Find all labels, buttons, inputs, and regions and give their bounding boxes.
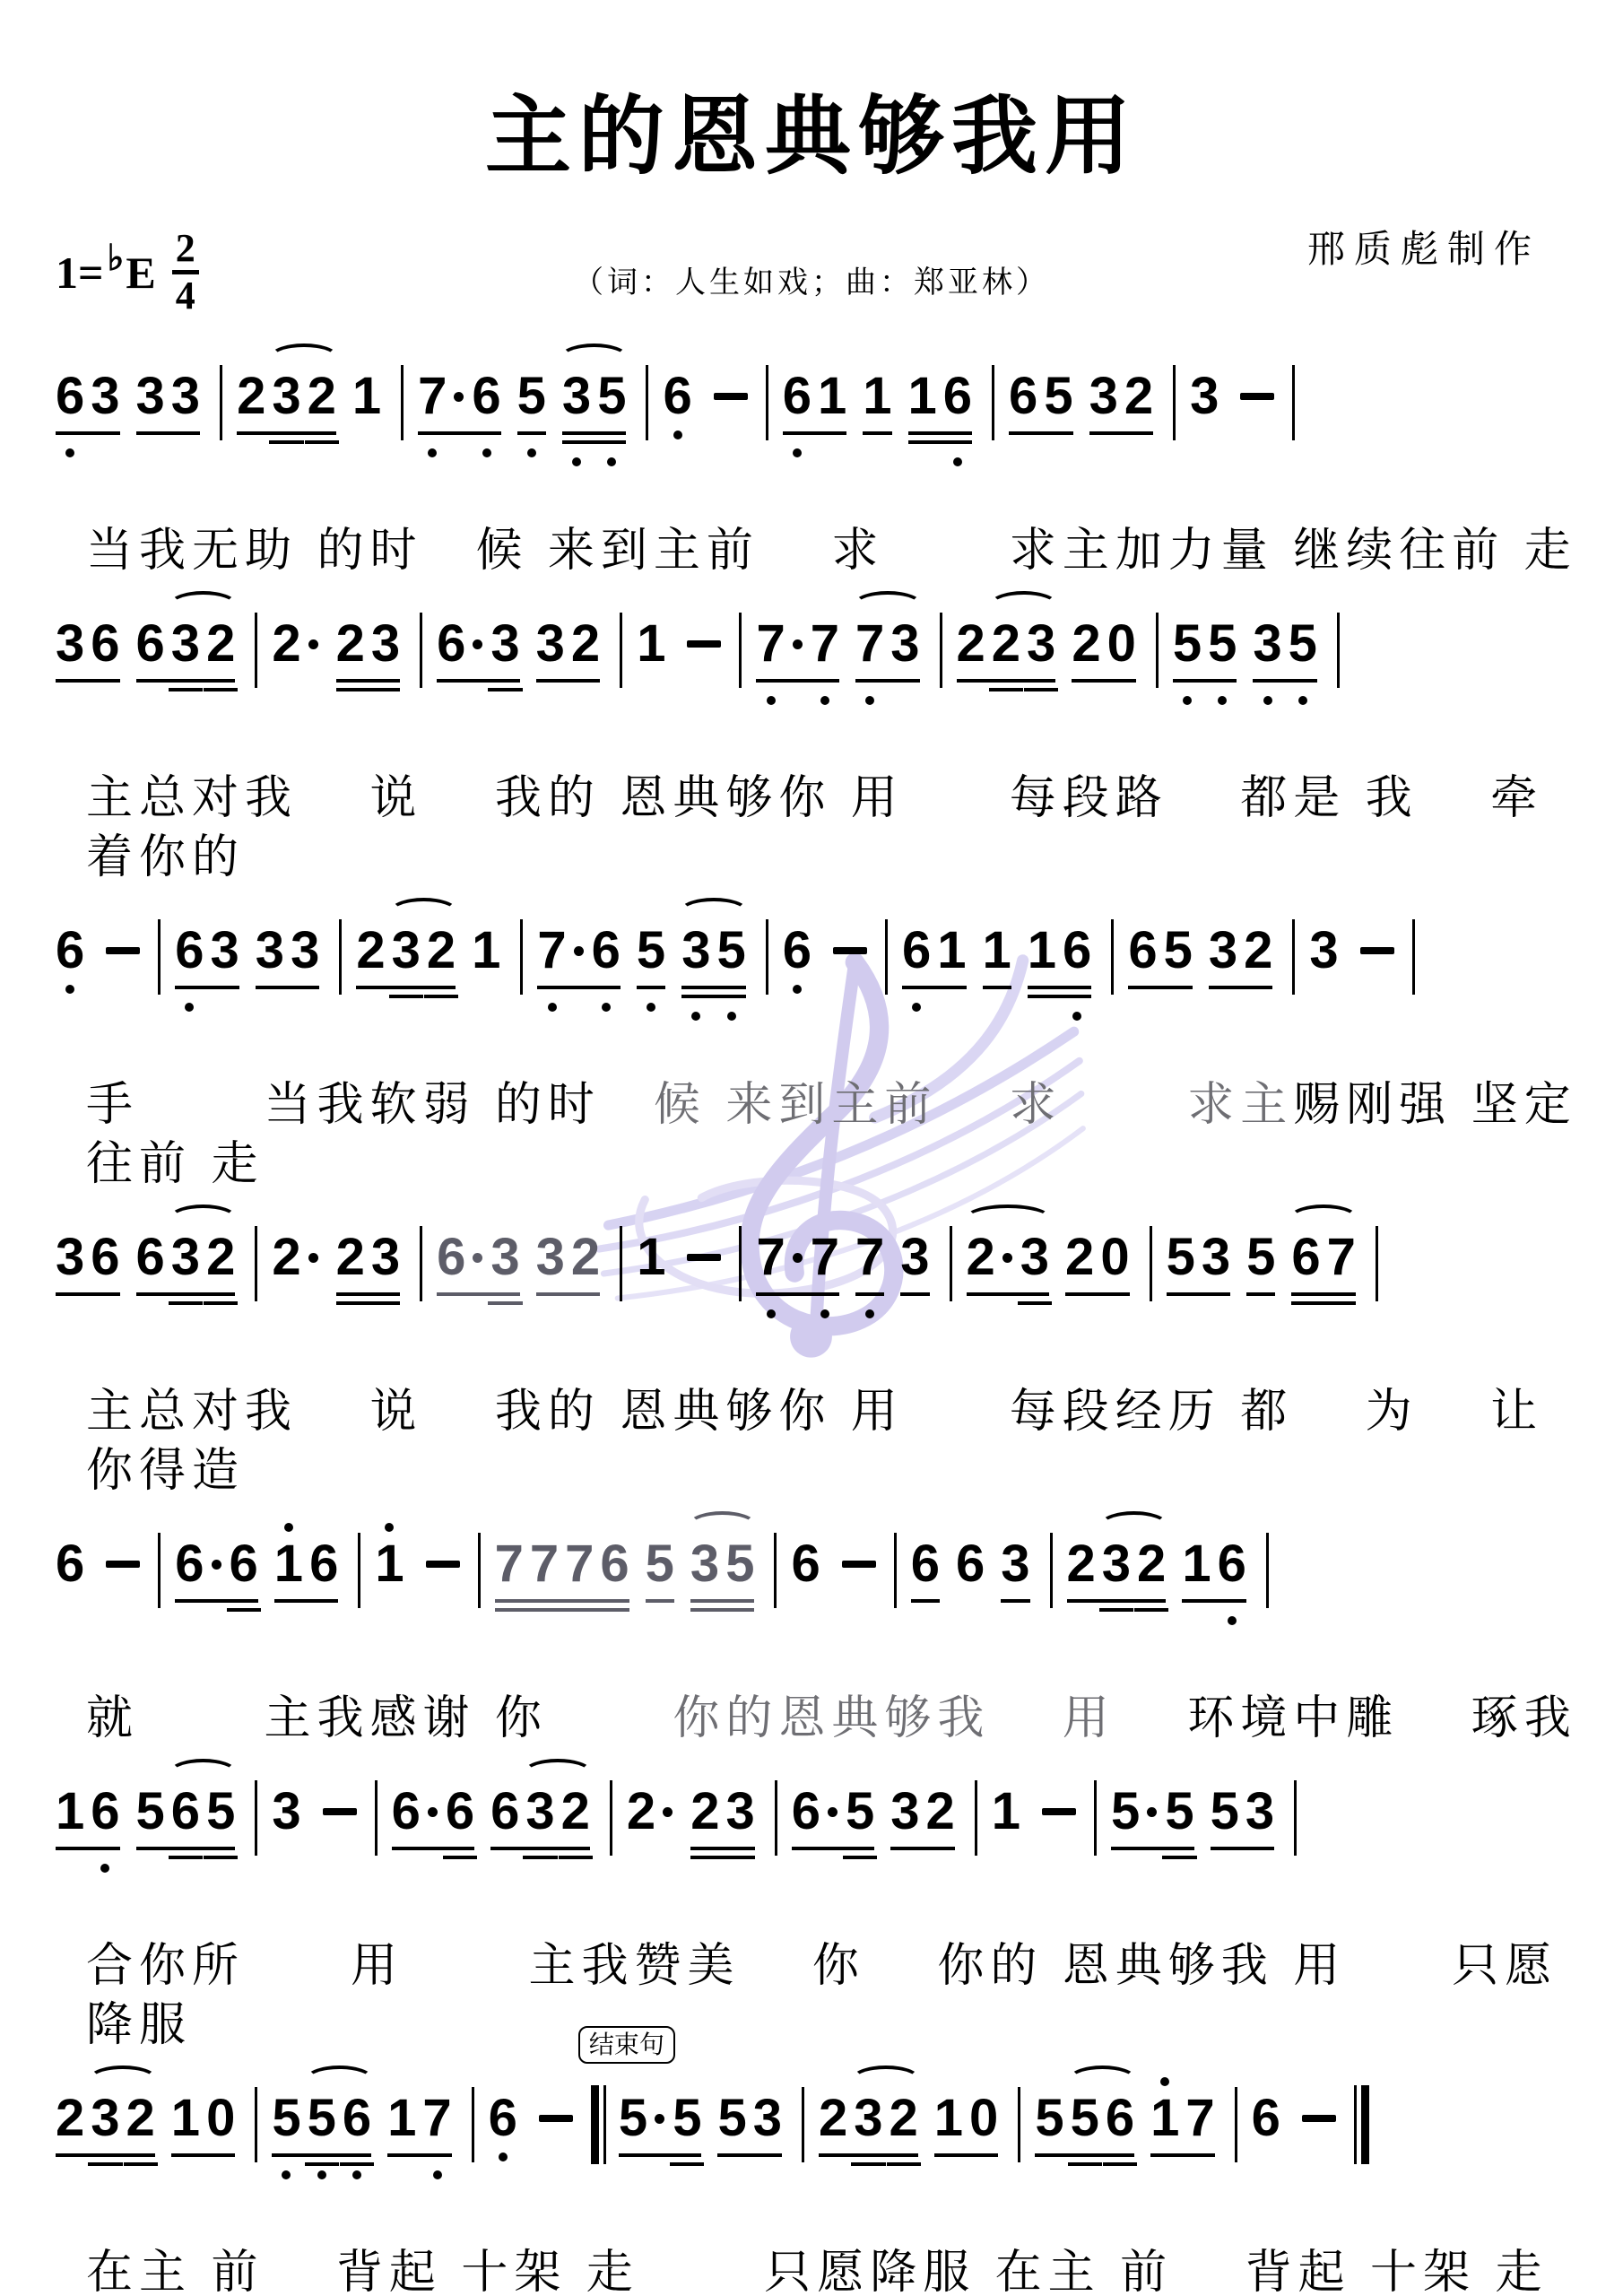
notation-area: 633323217653566111665323当我无助 的时 候 来到主前 求…: [0, 347, 1623, 2296]
note-digit: 2: [627, 1786, 655, 1838]
eighth-beam: [392, 1847, 475, 1850]
lyric-segment: 候 来到主前 求 求主: [654, 1079, 1293, 1131]
measure-barline: [739, 1226, 742, 1301]
note-digit-value: 6: [663, 370, 691, 422]
note-digit: 0: [969, 2092, 998, 2144]
note-group: 232: [356, 925, 456, 977]
note-digit: 3: [1027, 618, 1055, 670]
note-group: 77: [756, 1231, 839, 1283]
note-group: 1: [983, 925, 1011, 977]
note-digit-value: 7: [811, 618, 839, 670]
note-digit: 5: [1111, 1786, 1140, 1838]
note-digit-value: 2: [272, 1231, 300, 1283]
note-digit: 1: [1182, 1538, 1211, 1590]
octave-dot-low: [282, 2170, 291, 2179]
note-digit-value: 3: [1202, 1231, 1230, 1283]
note-digit: 6: [791, 1538, 820, 1590]
measure-barline: [1337, 613, 1340, 688]
sixteenth-beam: [690, 1608, 755, 1612]
note-digit-value: 6: [472, 370, 500, 422]
note-group: 232: [1067, 1538, 1167, 1590]
note-digit-value: 6: [230, 1538, 258, 1590]
slurred-notes: 35: [681, 925, 746, 977]
note-digit-value: 1: [171, 2092, 200, 2144]
slurred-notes: 32: [91, 2092, 155, 2144]
note-digit-value: 6: [437, 1231, 465, 1283]
note-digit: 7: [855, 1231, 884, 1283]
note-digit: 7: [530, 1538, 559, 1590]
note-digit-value: 2: [1244, 925, 1272, 977]
note-group: 63: [175, 925, 239, 977]
note-digit: 5: [1211, 1786, 1239, 1838]
eighth-beam: [983, 986, 1011, 989]
note-digit-value: 3: [753, 2092, 782, 2144]
ending-phrase-label: 结束句: [578, 2026, 675, 2064]
augmentation-dot: [655, 2114, 664, 2124]
note-digit-value: 6: [1218, 1538, 1246, 1590]
note-group: 3: [900, 1231, 929, 1283]
note-digit: 3: [690, 1538, 719, 1590]
measure-barline: [401, 365, 404, 440]
note-group: 6: [56, 1538, 84, 1590]
note-digit-value: 3: [890, 618, 919, 670]
note-digit: 3: [1209, 925, 1237, 977]
eighth-beam: [1167, 1292, 1231, 1296]
measure-barline: [358, 1533, 360, 1608]
note-digit: 5: [136, 1786, 165, 1838]
note-digit-value: 2: [308, 370, 336, 422]
notation-row: 6661617776535666323216: [56, 1538, 1587, 1633]
note-digit: 1: [1028, 925, 1056, 977]
note-digit: 1: [1150, 2092, 1179, 2144]
note-digit-value: 3: [291, 925, 319, 977]
note-digit: 3: [1190, 370, 1219, 422]
sixteenth-beam: [204, 1856, 238, 1859]
note-group: 53: [1167, 1231, 1231, 1283]
note-digit-value: 2: [571, 618, 600, 670]
note-digit-value: 2: [336, 1231, 365, 1283]
note-digit-value: 5: [1044, 370, 1072, 422]
note-digit-value: 5: [716, 925, 745, 977]
note-digit-value: 7: [855, 618, 884, 670]
note-digit-value: 6: [56, 925, 84, 977]
note-digit-value: 5: [725, 1538, 754, 1590]
note-digit-value: 2: [1067, 1538, 1096, 1590]
notation-row: 633323217653566111665323: [56, 370, 1587, 465]
lyrics-row: 在主 前 背起 十架 走 只愿降服 在主 前 背起 十架 走: [86, 2243, 1587, 2296]
barline-thin: [603, 2085, 606, 2164]
octave-dot-low: [647, 1003, 655, 1012]
note-digit-value: 2: [819, 2092, 847, 2144]
note-digit: 1: [934, 2092, 963, 2144]
note-digit-value: 6: [791, 1538, 820, 1590]
octave-dot-low: [912, 1003, 921, 1012]
note-group: 36: [56, 618, 120, 670]
note-digit-value: 5: [206, 1786, 235, 1838]
note-group: 67: [1291, 1231, 1356, 1283]
note-digit: 3: [91, 2092, 119, 2144]
lyrics-row: 手 当我软弱 的时 候 来到主前 求 求主赐刚强 坚定往前 走: [86, 1075, 1587, 1194]
note-digit: 3: [490, 1231, 519, 1283]
note-digit-value: 6: [91, 1786, 119, 1838]
note-digit-value: 3: [536, 1231, 565, 1283]
note-group: 35: [681, 925, 746, 977]
note-digit-value: 3: [525, 1786, 554, 1838]
sixteenth-beam: [305, 440, 339, 444]
slurred-notes: 32: [171, 618, 236, 670]
note-digit: 3: [272, 1786, 300, 1838]
eighth-beam: [863, 431, 891, 435]
eighth-beam: [1067, 1599, 1167, 1603]
octave-dot-low: [1183, 696, 1192, 705]
octave-dot-low: [820, 1309, 829, 1318]
note-digit-value: 1: [818, 370, 846, 422]
note-digit-value: 6: [1009, 370, 1037, 422]
measure-barline: [1150, 1226, 1152, 1301]
measure-barline: [420, 1226, 422, 1301]
note-digit-value: 3: [1190, 370, 1219, 422]
sixteenth-beam: [1024, 688, 1058, 691]
note-digit: 5: [1167, 1231, 1195, 1283]
note-digit-value: 3: [256, 925, 284, 977]
sixteenth-beam: [908, 440, 973, 444]
note-digit-value: 0: [969, 2092, 998, 2144]
note-digit: 2: [1072, 618, 1100, 670]
note-group: 5: [1246, 1231, 1275, 1283]
duration-dash: [1302, 2115, 1336, 2122]
note-digit-value: 7: [537, 925, 566, 977]
note-group: 6: [956, 1538, 985, 1590]
barline-thin: [1354, 2085, 1357, 2164]
measure-barline: [1050, 1533, 1053, 1608]
notation-row: 16565366632223653215553: [56, 1786, 1587, 1881]
note-group: 63: [437, 618, 520, 670]
note-digit-value: 2: [272, 618, 300, 670]
note-digit: 6: [446, 1786, 474, 1838]
note-group: 223: [957, 618, 1056, 670]
slurred-notes: 67: [1291, 1231, 1356, 1283]
note-group: 65: [1128, 925, 1193, 977]
music-line-3: 6633323217653566111665323手 当我软弱 的时 候 来到主…: [56, 925, 1587, 1194]
eighth-beam: [1209, 986, 1273, 989]
note-digit-value: 1: [934, 2092, 963, 2144]
augmentation-dot: [793, 639, 803, 649]
slurred-notes: 56: [308, 2092, 372, 2144]
note-digit: 6: [230, 1538, 258, 1590]
note-digit: 1: [375, 1538, 404, 1590]
sixteenth-beam: [305, 2162, 339, 2166]
octave-dot-low: [1228, 1616, 1237, 1625]
note-digit-value: 5: [619, 2092, 647, 2144]
sixteenth-beam: [1291, 1301, 1356, 1305]
lyrics-row: 就 主我感谢 你 你的恩典够我 用 环境中雕 琢我: [86, 1689, 1587, 1748]
note-group: 6: [56, 925, 84, 977]
note-digit: 2: [308, 370, 336, 422]
note-digit: 7: [756, 618, 785, 670]
note-digit-value: 6: [1128, 925, 1157, 977]
augmentation-dot: [453, 370, 465, 422]
note-digit: 7: [1185, 2092, 1214, 2144]
measure-barline: [255, 1226, 257, 1301]
measure-barline: [1266, 1533, 1269, 1608]
note-digit: 6: [171, 1786, 200, 1838]
note-digit: 3: [136, 370, 165, 422]
duration-dash: [842, 1561, 876, 1568]
note-digit: 2: [206, 618, 235, 670]
duration-dash: [106, 947, 140, 954]
octave-dot-low: [499, 2152, 508, 2161]
eighth-beam: [537, 986, 621, 989]
sixteenth-beam: [851, 2162, 885, 2166]
sixteenth-beam: [269, 440, 303, 444]
sixteenth-beam: [488, 688, 522, 691]
note-digit: 6: [902, 925, 931, 977]
note-digit: 3: [536, 618, 565, 670]
note-digit: 5: [673, 2092, 701, 2144]
note-group: 32: [1209, 925, 1273, 977]
duration-dash: [687, 1254, 721, 1261]
eighth-beam: [756, 679, 839, 683]
note-group: 65: [792, 1786, 875, 1838]
note-digit: 6: [1291, 1231, 1320, 1283]
note-digit: 2: [1137, 1538, 1166, 1590]
eighth-beam: [536, 1292, 601, 1296]
note-digit-value: 6: [56, 370, 84, 422]
eighth-beam: [356, 986, 456, 989]
slurred-notes: 23: [967, 1231, 1050, 1283]
note-digit: 6: [392, 1786, 421, 1838]
augmentation-dot: [473, 1253, 482, 1263]
note-digit: 3: [171, 370, 200, 422]
note-digit: 6: [911, 1538, 940, 1590]
note-group: 3: [272, 1786, 300, 1838]
note-digit-value: 3: [91, 370, 119, 422]
note-digit-value: 2: [890, 2092, 918, 2144]
measure-barline: [1111, 919, 1114, 995]
note-group: 32: [536, 618, 601, 670]
slurred-notes: 35: [690, 1538, 755, 1590]
note-digit-value: 6: [792, 1786, 820, 1838]
notation-row: 36632223633217773232053567: [56, 1231, 1587, 1326]
augmentation-dot: [574, 946, 584, 956]
note-group: 32: [1089, 370, 1154, 422]
note-digit: 3: [1089, 370, 1118, 422]
eighth-beam: [56, 2153, 155, 2157]
note-group: 35: [562, 370, 627, 422]
note-digit: 5: [1289, 618, 1317, 670]
note-digit: 1: [818, 370, 846, 422]
eighth-beam: [900, 1292, 929, 1296]
duration-dash: [1042, 1808, 1076, 1815]
note-digit-value: 2: [56, 2092, 84, 2144]
note-digit-value: 2: [957, 618, 985, 670]
augmentation-dot: [827, 1786, 839, 1838]
eighth-beam: [56, 431, 120, 435]
sixteenth-beam: [169, 688, 203, 691]
note-digit: 6: [943, 370, 972, 422]
note-digit-value: 6: [437, 618, 465, 670]
eighth-beam: [1072, 679, 1136, 683]
note-group: 6: [1252, 2092, 1280, 2144]
eighth-beam: [855, 1292, 884, 1296]
barline-thick: [1361, 2085, 1369, 2164]
augmentation-dot: [662, 1786, 674, 1838]
note-digit-value: 2: [1065, 1231, 1094, 1283]
note-digit-value: 6: [490, 1786, 519, 1838]
measure-barline: [255, 1780, 257, 1856]
note-digit-value: 3: [1309, 925, 1338, 977]
lyrics-row: 主总对我 说 我的 恩典够你 用 每段经历 都 为 让你得造: [86, 1382, 1587, 1500]
note-digit: 7: [756, 1231, 785, 1283]
note-digit-value: 2: [126, 2092, 155, 2144]
note-group: 5: [637, 925, 665, 977]
note-digit-value: 5: [1289, 618, 1317, 670]
measure-barline: [620, 613, 622, 688]
note-group: 66: [175, 1538, 258, 1590]
note-digit-value: 5: [1111, 1786, 1140, 1838]
note-group: 232: [56, 2092, 155, 2144]
note-digit: 5: [637, 925, 665, 977]
note-digit: 3: [525, 1786, 554, 1838]
eighth-beam: [418, 431, 501, 435]
sixteenth-beam: [843, 1856, 877, 1859]
measure-barline: [375, 1780, 378, 1856]
measure-barline: [1292, 365, 1295, 440]
eighth-beam: [56, 1847, 120, 1850]
note-digit-value: 6: [943, 370, 972, 422]
note-digit-value: 3: [272, 1786, 300, 1838]
note-group: 7: [855, 1231, 884, 1283]
lyrics-row: 合你所 用 主我赞美 你 你的 恩典够我 用 只愿降服: [86, 1936, 1587, 2055]
note-digit: 0: [1100, 1231, 1129, 1283]
augmentation-dot: [212, 1560, 221, 1570]
note-digit-value: 2: [992, 618, 1020, 670]
note-digit: 5: [1173, 618, 1202, 670]
eighth-beam: [637, 986, 665, 989]
augmentation-dot: [211, 1538, 223, 1590]
note-digit: 7: [811, 1231, 839, 1283]
note-digit-value: 3: [1027, 618, 1055, 670]
duration-dash: [714, 393, 748, 400]
note-digit: 1: [352, 370, 381, 422]
note-digit: 2: [1067, 1538, 1096, 1590]
note-digit-value: 3: [211, 925, 239, 977]
augmentation-dot: [1147, 1807, 1157, 1817]
octave-dot-low: [820, 696, 829, 705]
measure-barline: [940, 613, 942, 688]
note-digit-value: 3: [136, 370, 165, 422]
lyric-segment: 合你所 用 主我赞美 你 你的 恩典够我 用 只愿降服: [86, 1940, 1558, 2051]
note-digit-value: 5: [1173, 618, 1202, 670]
note-digit-value: 6: [1063, 925, 1091, 977]
eighth-beam: [1291, 1292, 1356, 1296]
note-digit: 5: [1208, 618, 1237, 670]
note-digit-value: 3: [1001, 1538, 1029, 1590]
octave-dot-low: [352, 2170, 361, 2179]
slurred-notes: 32: [854, 2092, 918, 2144]
note-group: 632: [490, 1786, 590, 1838]
note-group: 10: [171, 2092, 236, 2144]
note-digit: 3: [371, 618, 400, 670]
lyric-segment: 在主 前 背起 十架 走 只愿降服 在主 前 背起 十架 走: [86, 2247, 1548, 2296]
note-digit-value: 7: [565, 1538, 594, 1590]
note-digit: 3: [1202, 1231, 1230, 1283]
sixteenth-beam: [1099, 1608, 1133, 1612]
note-group: 32: [536, 1231, 601, 1283]
note-digit: 6: [136, 1231, 165, 1283]
note-digit: 7: [1327, 1231, 1356, 1283]
note-digit-value: 3: [490, 1231, 519, 1283]
note-digit: 5: [1035, 2092, 1063, 2144]
note-digit: 3: [1309, 925, 1338, 977]
duration-dash: [687, 640, 721, 648]
lyric-segment: 环境中雕 琢我: [1115, 1692, 1577, 1744]
note-digit-value: 7: [811, 1231, 839, 1283]
eighth-beam: [562, 431, 627, 435]
measure-barline: [1292, 919, 1295, 995]
note-digit: 1: [983, 925, 1011, 977]
note-digit: 6: [91, 1786, 119, 1838]
sixteenth-beam: [690, 1856, 755, 1859]
note-digit-value: 6: [911, 1538, 940, 1590]
note-digit-value: 6: [1252, 2092, 1280, 2144]
measure-barline: [1018, 2087, 1020, 2162]
note-digit-value: 6: [309, 1538, 338, 1590]
note-digit: 1: [472, 925, 500, 977]
note-digit: 6: [309, 1538, 338, 1590]
note-digit-value: 3: [890, 1786, 919, 1838]
eighth-beam: [136, 1847, 236, 1850]
measure-barline: [339, 919, 342, 995]
eighth-beam: [175, 986, 239, 989]
note-digit: 2: [56, 2092, 84, 2144]
note-digit-value: 2: [967, 1231, 995, 1283]
note-group: 7776: [495, 1538, 629, 1590]
octave-dot-low: [572, 457, 581, 466]
song-title: 主的恩典够我用: [0, 68, 1623, 191]
octave-dot-low: [1263, 696, 1272, 705]
measure-barline: [255, 613, 257, 688]
note-digit-value: 5: [646, 1538, 674, 1590]
note-digit: 3: [1253, 618, 1281, 670]
note-group: 63: [56, 370, 120, 422]
note-digit: 3: [256, 925, 284, 977]
eighth-beam: [171, 2153, 236, 2157]
note-digit-value: 5: [673, 2092, 701, 2144]
eighth-beam: [783, 431, 847, 435]
note-digit-value: 3: [900, 1231, 929, 1283]
eighth-beam: [792, 1847, 875, 1850]
eighth-beam: [136, 431, 201, 435]
duration-dash: [833, 947, 867, 954]
eighth-beam: [1001, 1599, 1029, 1603]
note-digit-value: 6: [783, 370, 811, 422]
note-digit-value: 7: [495, 1538, 524, 1590]
augmentation-dot: [1146, 1786, 1159, 1838]
octave-dot-low: [602, 1003, 611, 1012]
note-digit-value: 3: [56, 618, 84, 670]
note-digit-value: 3: [171, 618, 200, 670]
note-digit: 6: [592, 925, 621, 977]
notation-row: 23210556176结束句555323210556176: [56, 2092, 1587, 2187]
note-digit-value: 6: [783, 925, 811, 977]
note-group: 23: [690, 1786, 755, 1838]
note-digit-value: 5: [272, 2092, 300, 2144]
duration-dash: [323, 1808, 357, 1815]
note-digit-value: 1: [983, 925, 1011, 977]
sixteenth-beam: [488, 1301, 522, 1305]
note-digit: 2: [1065, 1231, 1094, 1283]
